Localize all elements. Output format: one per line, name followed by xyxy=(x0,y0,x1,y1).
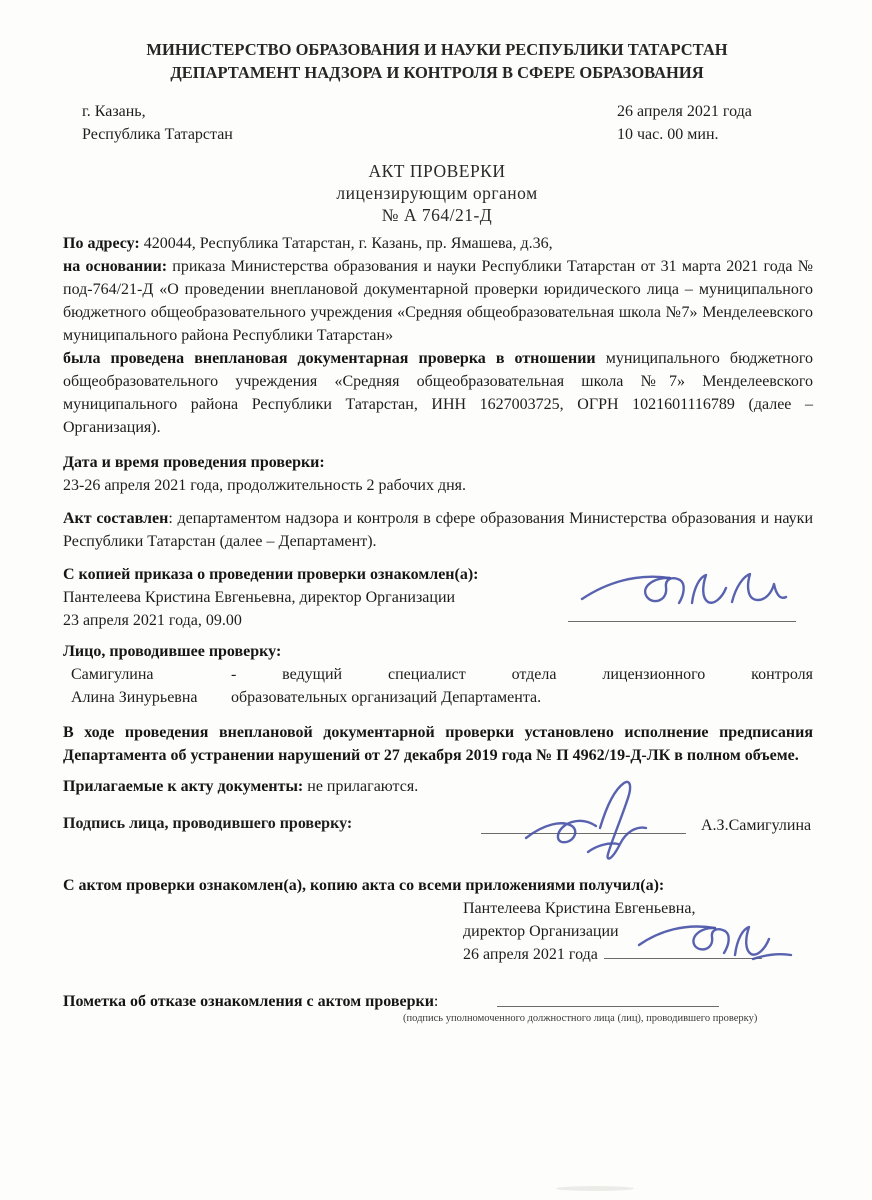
place-region: Республика Татарстан xyxy=(82,123,382,146)
inspector-position-line1: - ведущий специалист отдела лицензионног… xyxy=(231,663,813,686)
findings-paragraph: В ходе проведения внеплановой документар… xyxy=(63,721,813,767)
director-signature-handwriting-icon xyxy=(578,555,788,617)
attachments-label: Прилагаемые к акту документы: xyxy=(63,778,303,795)
act-number: № А 764/21-Д xyxy=(63,204,811,226)
act-ack-date-row: 26 апреля 2021 года xyxy=(463,943,813,966)
act-body: По адресу: 420044, Республика Татарстан,… xyxy=(63,232,813,1036)
attachments-line: Прилагаемые к акту документы: не прилага… xyxy=(63,775,813,798)
inspector-signature-row: Подпись лица, проводившего проверку: А.З… xyxy=(63,812,813,852)
document-datetime: 26 апреля 2021 года 10 час. 00 мин. xyxy=(617,100,817,146)
ministry-header-line2: ДЕПАРТАМЕНТ НАДЗОРА И КОНТРОЛЯ В СФЕРЕ О… xyxy=(63,61,811,84)
inspector-signature-label: Подпись лица, проводившего проверку: xyxy=(63,812,352,835)
director-signature-handwriting-2-icon xyxy=(635,911,810,967)
scanned-inspection-act-page: МИНИСТЕРСТВО ОБРАЗОВАНИЯ И НАУКИ РЕСПУБЛ… xyxy=(0,0,872,1200)
composed-paragraph: Акт составлен: департаментом надзора и к… xyxy=(63,507,813,553)
act-ack-heading: С актом проверки ознакомлен(а), копию ак… xyxy=(63,874,813,897)
inspector-heading: Лицо, проводившее проверку: xyxy=(63,640,813,663)
ministry-header-line1: МИНИСТЕРСТВО ОБРАЗОВАНИЯ И НАУКИ РЕСПУБЛ… xyxy=(63,38,811,61)
ministry-header: МИНИСТЕРСТВО ОБРАЗОВАНИЯ И НАУКИ РЕСПУБЛ… xyxy=(63,38,811,84)
refusal-note-row: Пометка об отказе ознакомления с актом п… xyxy=(63,990,813,1036)
address-line: По адресу: 420044, Республика Татарстан,… xyxy=(63,232,813,255)
place-city: г. Казань, xyxy=(82,100,382,123)
document-time: 10 час. 00 мин. xyxy=(617,123,817,146)
refusal-label: Пометка об отказе ознакомления с актом п… xyxy=(63,990,438,1013)
inspector-surname: Самигулина xyxy=(71,663,231,686)
inspector-name-column: Самигулина Алина Зинурьевна xyxy=(63,663,231,709)
act-title-line1: АКТ ПРОВЕРКИ xyxy=(63,160,811,182)
basis-label: на основании: xyxy=(63,258,167,275)
copy-acknowledgement-section: С копией приказа о проведении проверки о… xyxy=(63,563,813,632)
act-title-line2: лицензирующим органом xyxy=(63,182,811,204)
act-ack-date: 26 апреля 2021 года xyxy=(463,946,598,963)
inspector-position-column: - ведущий специалист отдела лицензионног… xyxy=(231,663,813,709)
refusal-signature-line xyxy=(497,1006,719,1007)
act-title: АКТ ПРОВЕРКИ лицензирующим органом № А 7… xyxy=(63,160,811,226)
dates-heading: Дата и время проведения проверки: xyxy=(63,451,813,474)
act-acknowledgement-section: С актом проверки ознакомлен(а), копию ак… xyxy=(63,874,813,966)
composed-value: : департаментом надзора и контроля в сфе… xyxy=(63,510,813,550)
address-label: По адресу: xyxy=(63,235,140,252)
basis-paragraph: на основании: приказа Министерства образ… xyxy=(63,255,813,347)
composed-label: Акт составлен xyxy=(63,510,168,527)
address-value: 420044, Республика Татарстан, г. Казань,… xyxy=(144,235,553,252)
dates-value: 23-26 апреля 2021 года, продолжительност… xyxy=(63,474,813,497)
inspector-position-line2: образовательных организаций Департамента… xyxy=(231,686,813,709)
basis-value: приказа Министерства образования и науки… xyxy=(63,258,813,344)
conducted-paragraph: была проведена внеплановая документарная… xyxy=(63,347,813,439)
inspector-row: Самигулина Алина Зинурьевна - ведущий сп… xyxy=(63,663,813,709)
conducted-label: была проведена внеплановая документарная… xyxy=(63,350,596,367)
act-ack-signatory-block: Пантелеева Кристина Евгеньевна, директор… xyxy=(463,897,813,966)
document-date: 26 апреля 2021 года xyxy=(617,100,817,123)
scan-artifact-smudge xyxy=(556,1186,634,1191)
inspector-firstname: Алина Зинурьевна xyxy=(71,686,231,709)
inspector-signature-name: А.З.Самигулина xyxy=(701,814,811,837)
refusal-caption: (подпись уполномоченного должностного ли… xyxy=(403,1012,813,1025)
inspector-signature-handwriting-icon xyxy=(518,780,668,864)
director-signature-line xyxy=(568,607,796,622)
document-place: г. Казань, Республика Татарстан xyxy=(82,100,382,146)
attachments-value: не прилагаются. xyxy=(307,778,418,795)
